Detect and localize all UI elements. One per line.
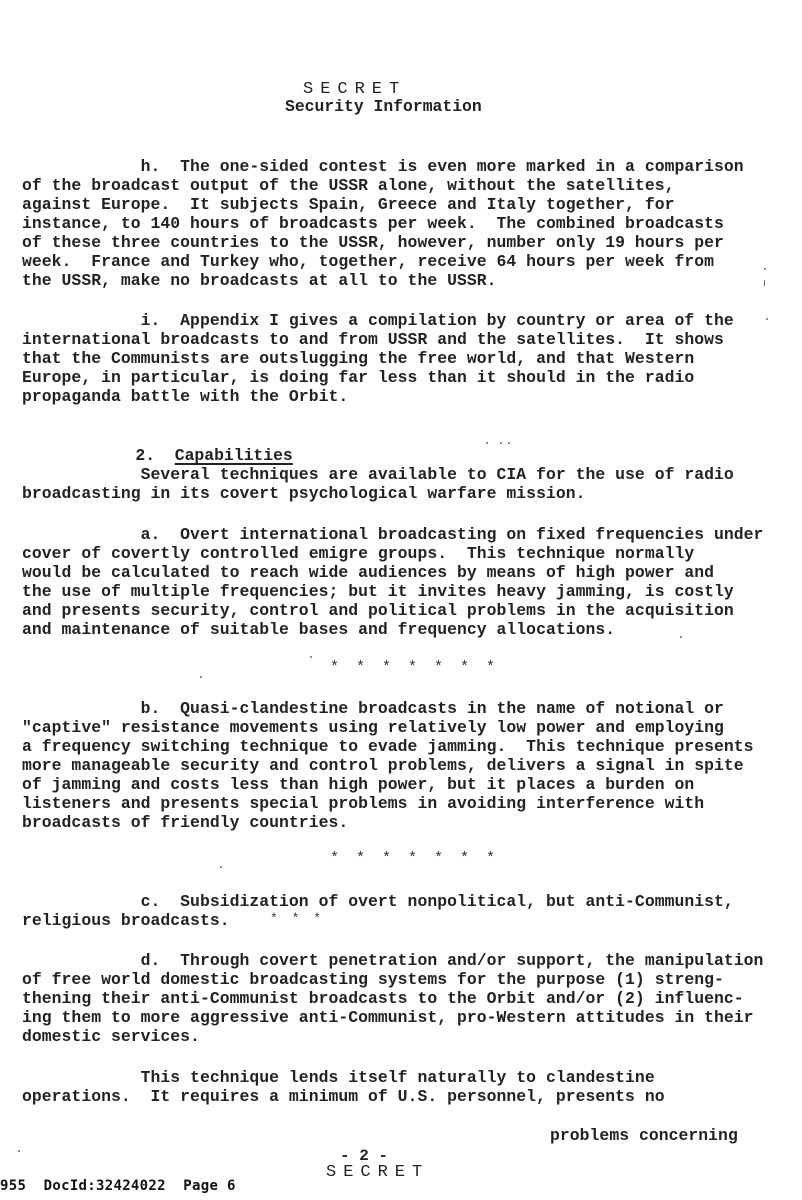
text-line: listeners and presents special problems … [22, 794, 704, 814]
text-line: week. France and Turkey who, together, r… [22, 252, 714, 272]
text-line: h. The one-sided contest is even more ma… [22, 157, 744, 177]
scan-artifact [710, 595, 712, 597]
redaction-separator: * * * * * * * [330, 659, 499, 676]
header-subtitle: Security Information [285, 97, 482, 116]
scan-artifact [200, 676, 202, 678]
text-line: domestic services. [22, 1027, 200, 1047]
text-line: and maintenance of suitable bases and fr… [22, 620, 615, 640]
text-line: of free world domestic broadcasting syst… [22, 970, 724, 990]
scan-artifact [310, 656, 312, 658]
text-line: ing them to more aggressive anti-Communi… [22, 1008, 754, 1028]
document-page: SECRET Security Information h. The one-s… [0, 0, 802, 1200]
text-line: of these three countries to the USSR, ho… [22, 233, 724, 253]
section-title: Capabilities [175, 446, 293, 465]
text-line: the use of multiple frequencies; but it … [22, 582, 734, 602]
scan-artifact [764, 280, 765, 286]
inline-redaction: * * * [270, 911, 324, 926]
text-line: "captive" resistance movements using rel… [22, 718, 724, 738]
text-line: more manageable security and control pro… [22, 756, 744, 776]
scan-artifact [220, 866, 222, 868]
text-line: Several techniques are available to CIA … [22, 465, 734, 485]
text-line: propaganda battle with the Orbit. [22, 387, 348, 407]
text-line: Europe, in particular, is doing far less… [22, 368, 694, 388]
text-line: against Europe. It subjects Spain, Greec… [22, 195, 674, 215]
scan-artifact [680, 636, 682, 638]
text-line: would be calculated to reach wide audien… [22, 563, 714, 583]
text-line: religious broadcasts. [22, 911, 230, 931]
text-line: broadcasting in its covert psychological… [22, 484, 586, 504]
text-line: that the Communists are outslugging the … [22, 349, 694, 369]
text-line: This technique lends itself naturally to… [22, 1068, 655, 1088]
scan-artifact [508, 442, 510, 444]
section-number: 2. [135, 446, 155, 465]
text-line: b. Quasi-clandestine broadcasts in the n… [22, 699, 724, 719]
footer-classification: SECRET [326, 1163, 429, 1182]
text-line: operations. It requires a minimum of U.S… [22, 1087, 665, 1107]
text-line: thening their anti-Communist broadcasts … [22, 989, 744, 1009]
text-line: broadcasts of friendly countries. [22, 813, 348, 833]
redaction-separator: * * * * * * * [330, 850, 499, 867]
text-line: c. Subsidization of overt nonpolitical, … [22, 892, 734, 912]
text-line: and presents security, control and polit… [22, 601, 734, 621]
scan-artifact [500, 442, 502, 444]
text-line: international broadcasts to and from USS… [22, 330, 724, 350]
text-line: i. Appendix I gives a compilation by cou… [22, 311, 734, 331]
text-line: instance, to 140 hours of broadcasts per… [22, 214, 724, 234]
text-line: of the broadcast output of the USSR alon… [22, 176, 674, 196]
scan-artifact [764, 268, 766, 270]
scan-artifact [486, 442, 488, 444]
text-line: a. Overt international broadcasting on f… [22, 525, 763, 545]
continuation-text: problems concerning [550, 1126, 738, 1146]
text-line: of jamming and costs less than high powe… [22, 775, 694, 795]
scan-artifact [18, 1150, 20, 1152]
text-line: cover of covertly controlled emigre grou… [22, 544, 694, 564]
document-id: 955 DocId:32424022 Page 6 [0, 1178, 236, 1194]
text-line: the USSR, make no broadcasts at all to t… [22, 271, 497, 291]
text-line: a frequency switching technique to evade… [22, 737, 754, 757]
scan-artifact [766, 318, 768, 320]
text-line: d. Through covert penetration and/or sup… [22, 951, 763, 971]
